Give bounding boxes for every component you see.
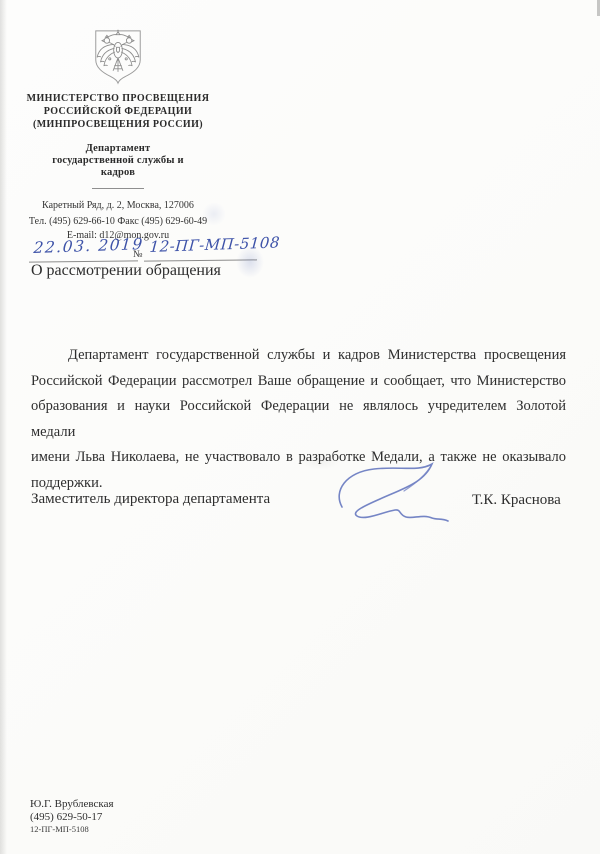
department-line: Департамент	[18, 143, 218, 155]
department-line: государственной службы и	[18, 155, 218, 167]
ministry-short-name-line: (МИНПРОСВЕЩЕНИЯ РОССИИ)	[18, 118, 218, 131]
body-line: имени Льва Николаева, не участвовало в р…	[31, 445, 566, 471]
scanned-letter-page: МИНИСТЕРСТВО ПРОСВЕЩЕНИЯ РОССИЙСКОЙ ФЕДЕ…	[0, 0, 600, 854]
executor-phone: (495) 629-50-17	[30, 811, 114, 824]
letter-body: Департамент государственной службы и кад…	[31, 343, 566, 496]
ministry-name-block: МИНИСТЕРСТВО ПРОСВЕЩЕНИЯ РОССИЙСКОЙ ФЕДЕ…	[18, 92, 218, 131]
document-reference-number: 12-ПГ-МП-5108	[30, 824, 114, 835]
letterhead-divider	[92, 188, 144, 189]
body-line: Департамент государственной службы и кад…	[31, 343, 566, 369]
phone-fax-line: Тел. (495) 629-66-10 Факс (495) 629-60-4…	[18, 215, 218, 229]
number-sign: №	[133, 249, 143, 260]
footer-block: Ю.Г. Врублевская (495) 629-50-17 12-ПГ-М…	[30, 798, 114, 835]
body-line: образования и науки Российской Федерации…	[31, 394, 566, 445]
ministry-name-line: МИНИСТЕРСТВО ПРОСВЕЩЕНИЯ	[18, 92, 218, 105]
letterhead: МИНИСТЕРСТВО ПРОСВЕЩЕНИЯ РОССИЙСКОЙ ФЕДЕ…	[18, 0, 218, 243]
signer-position: Заместитель директора департамента	[31, 491, 270, 508]
department-line: кадров	[18, 167, 218, 179]
postal-address: Каретный Ряд, д. 2, Москва, 127006	[18, 199, 218, 213]
department-name-block: Департамент государственной службы и кад…	[18, 143, 218, 179]
body-line: Российской Федерации рассмотрел Ваше обр…	[31, 369, 566, 395]
ministry-name-line: РОССИЙСКОЙ ФЕДЕРАЦИИ	[18, 105, 218, 118]
scan-edge-shadow	[0, 0, 7, 854]
handwritten-reference-number: 12-ПГ-МП-5108	[149, 233, 281, 256]
subject-line: О рассмотрении обращения	[31, 262, 221, 280]
russian-coat-of-arms-icon	[87, 27, 149, 85]
signer-name: Т.К. Краснова	[472, 492, 568, 509]
executor-name: Ю.Г. Врублевская	[30, 798, 114, 811]
signature-scribble	[326, 461, 476, 533]
handwritten-date: 22.03. 2019	[33, 235, 144, 257]
